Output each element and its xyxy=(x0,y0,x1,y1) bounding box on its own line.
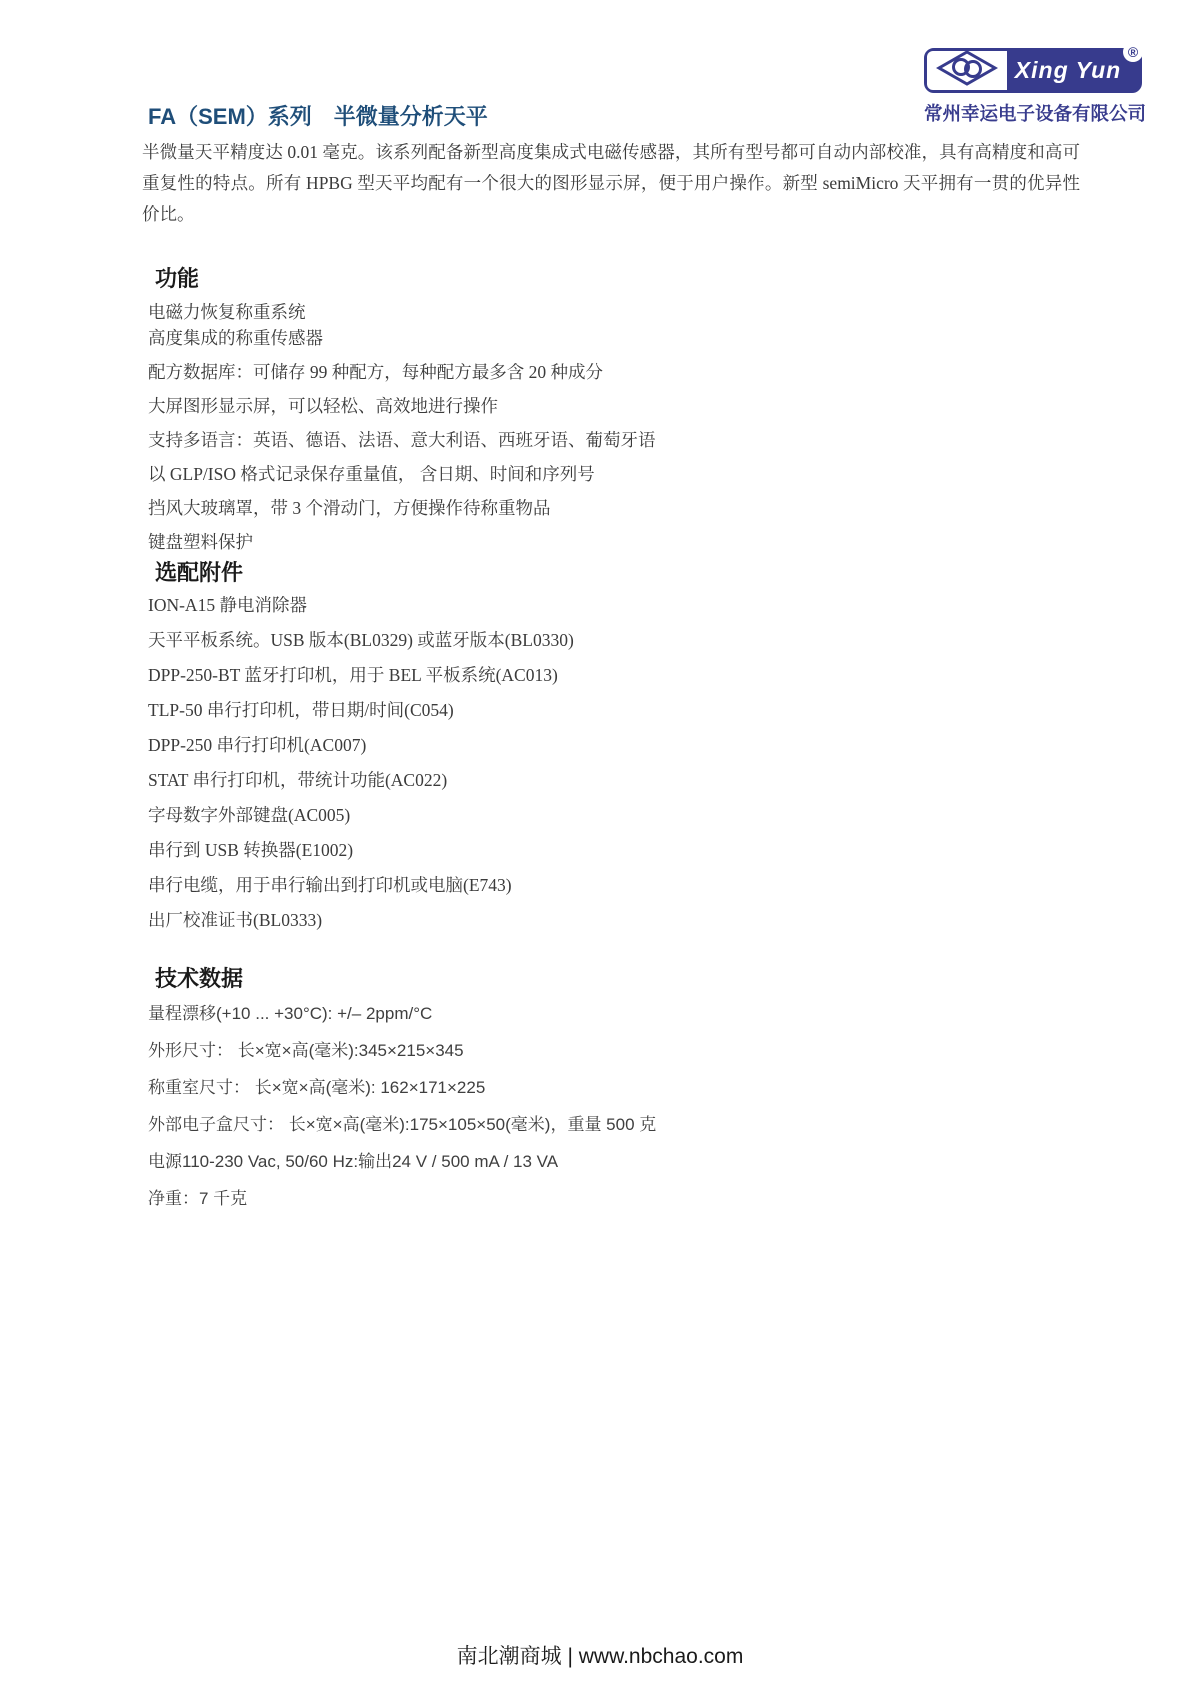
accessory-item: DPP-250 串行打印机(AC007) xyxy=(148,734,1088,756)
feature-item: 以 GLP/ISO 格式记录保存重量值， 含日期、时间和序列号 xyxy=(148,463,1088,485)
tech-data-item: 外部电子盒尺寸： 长×宽×高(毫米):175×105×50(毫米)，重量 500… xyxy=(148,1113,1088,1137)
accessory-item: TLP-50 串行打印机，带日期/时间(C054) xyxy=(148,699,1088,721)
logo-diamond-icon xyxy=(936,50,998,91)
registered-trademark-icon: ® xyxy=(1123,42,1143,62)
tech-data-list: 量程漂移(+10 ... +30°C): +/– 2ppm/°C 外形尺寸： 长… xyxy=(148,1002,1088,1224)
logo-brand-area: Xing Yun xyxy=(1007,51,1139,90)
company-logo-block: Xing Yun ® 常州幸运电子设备有限公司 xyxy=(924,48,1142,126)
tech-data-item: 称重室尺寸： 长×宽×高(毫米): 162×171×225 xyxy=(148,1076,1088,1100)
accessory-item: ION-A15 静电消除器 xyxy=(148,594,1088,616)
intro-paragraph: 半微量天平精度达 0.01 毫克。该系列配备新型高度集成式电磁传感器，其所有型号… xyxy=(142,137,1080,230)
accessories-heading: 选配附件 xyxy=(155,556,243,587)
accessory-item: DPP-250-BT 蓝牙打印机，用于 BEL 平板系统(AC013) xyxy=(148,664,1088,686)
accessory-item: 串行到 USB 转换器(E1002) xyxy=(148,839,1088,861)
accessories-list: ION-A15 静电消除器 天平平板系统。USB 版本(BL0329) 或蓝牙版… xyxy=(148,594,1088,944)
tech-data-item: 量程漂移(+10 ... +30°C): +/– 2ppm/°C xyxy=(148,1002,1088,1026)
features-list: 电磁力恢复称重系统 高度集成的称重传感器 配方数据库：可储存 99 种配方，每种… xyxy=(148,301,1088,565)
page-title: FA（SEM）系列 半微量分析天平 xyxy=(148,100,488,131)
company-name: 常州幸运电子设备有限公司 xyxy=(924,100,1142,126)
accessory-item: 字母数字外部键盘(AC005) xyxy=(148,804,1088,826)
document-page: Xing Yun ® 常州幸运电子设备有限公司 FA（SEM）系列 半微量分析天… xyxy=(0,0,1200,1697)
tech-data-heading: 技术数据 xyxy=(155,962,243,993)
brand-name: Xing Yun xyxy=(1015,57,1131,84)
accessory-item: 出厂校准证书(BL0333) xyxy=(148,909,1088,931)
xingyun-logo: Xing Yun ® xyxy=(924,48,1142,93)
feature-item: 挡风大玻璃罩，带 3 个滑动门，方便操作待称重物品 xyxy=(148,497,1088,519)
feature-item: 大屏图形显示屏，可以轻松、高效地进行操作 xyxy=(148,395,1088,417)
tech-data-item: 外形尺寸： 长×宽×高(毫米):345×215×345 xyxy=(148,1039,1088,1063)
feature-item: 高度集成的称重传感器 xyxy=(148,327,1088,349)
feature-item: 键盘塑料保护 xyxy=(148,531,1088,553)
tech-data-item: 电源110-230 Vac, 50/60 Hz:输出24 V / 500 mA … xyxy=(148,1150,1088,1174)
footer-site-label: 南北潮商城 | www.nbchao.com xyxy=(0,1640,1200,1670)
feature-item: 支持多语言：英语、德语、法语、意大利语、西班牙语、葡萄牙语 xyxy=(148,429,1088,451)
accessory-item: 天平平板系统。USB 版本(BL0329) 或蓝牙版本(BL0330) xyxy=(148,629,1088,651)
feature-item: 配方数据库：可储存 99 种配方，每种配方最多含 20 种成分 xyxy=(148,361,1088,383)
features-heading: 功能 xyxy=(155,262,199,293)
tech-data-item: 净重：7 千克 xyxy=(148,1187,1088,1211)
feature-item: 电磁力恢复称重系统 xyxy=(148,301,1088,323)
logo-emblem-area xyxy=(927,51,1007,90)
accessory-item: STAT 串行打印机，带统计功能(AC022) xyxy=(148,769,1088,791)
accessory-item: 串行电缆，用于串行输出到打印机或电脑(E743) xyxy=(148,874,1088,896)
